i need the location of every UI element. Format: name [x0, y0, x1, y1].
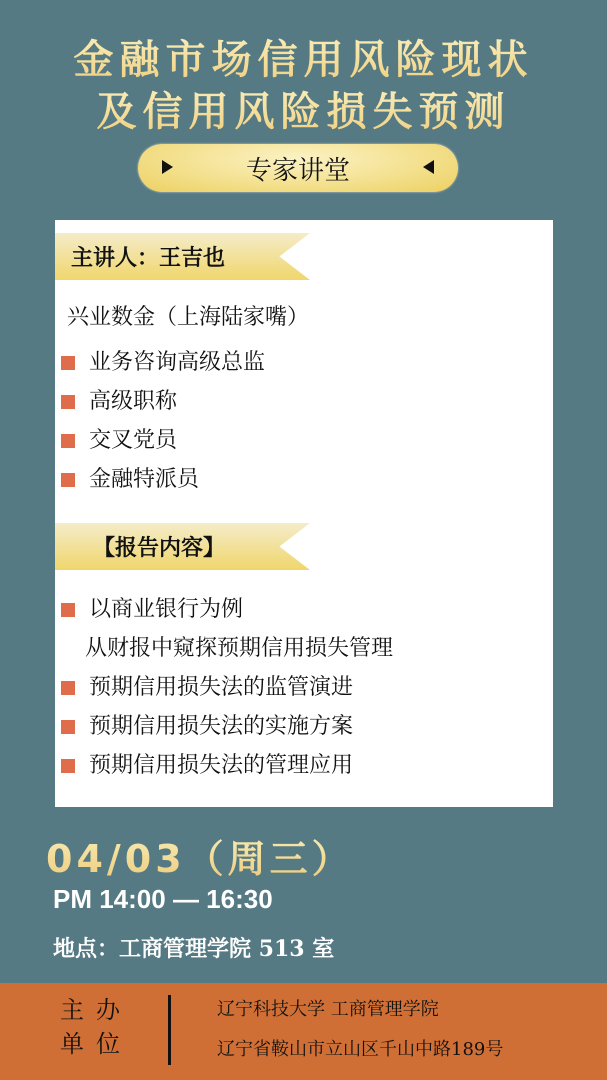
speaker-ribbon: 主讲人：王吉也: [55, 233, 310, 280]
bullet-square-icon: [61, 603, 75, 617]
info-card: 主讲人：王吉也 兴业数金（上海陆家嘴） 业务咨询高级总监 高级职称 交叉党员 金…: [55, 220, 553, 807]
bullet-square-icon: [61, 681, 75, 695]
host-label: 主办 单位: [60, 993, 132, 1061]
organizer-name: 辽宁科技大学 工商管理学院: [217, 995, 439, 1021]
event-time: PM 14:00 — 16:30: [53, 884, 273, 915]
list-item-text: 预期信用损失法的监管演进: [89, 675, 353, 700]
list-item: 高级职称: [61, 387, 265, 426]
triangle-right-icon: [162, 160, 173, 174]
bullet-square-icon: [61, 434, 75, 448]
list-item: 预期信用损失法的管理应用: [61, 751, 393, 790]
list-item-text: 高级职称: [89, 389, 177, 414]
poster-title-line1: 金融市场信用风险现状: [0, 28, 607, 85]
event-date: 04/03（周三）: [46, 828, 354, 883]
speaker-heading: 主讲人：王吉也: [71, 241, 225, 272]
list-item-text: 业务咨询高级总监: [89, 350, 265, 375]
report-heading: 【报告内容】: [93, 531, 225, 562]
organizer-address: 辽宁省鞍山市立山区千山中路189号: [217, 1035, 503, 1061]
poster-title-line2: 及信用风险损失预测: [0, 80, 607, 137]
list-item-text: 交叉党员: [89, 428, 177, 453]
report-ribbon: 【报告内容】: [55, 523, 310, 570]
list-item: 交叉党员: [61, 426, 265, 465]
footer-organizer-bar: 主办 单位 辽宁科技大学 工商管理学院 辽宁省鞍山市立山区千山中路189号: [0, 983, 607, 1080]
list-item-text: 预期信用损失法的实施方案: [89, 714, 353, 739]
list-item-continuation: 从财报中窥探预期信用损失管理: [61, 634, 393, 673]
event-venue: 地点：工商管理学院 513 室: [53, 932, 334, 963]
bullet-square-icon: [61, 473, 75, 487]
list-item: 业务咨询高级总监: [61, 348, 265, 387]
bullet-square-icon: [61, 356, 75, 370]
list-item: 预期信用损失法的实施方案: [61, 712, 393, 751]
speaker-organization: 兴业数金（上海陆家嘴）: [67, 300, 309, 331]
speaker-titles-list: 业务咨询高级总监 高级职称 交叉党员 金融特派员: [61, 348, 265, 504]
triangle-left-icon: [423, 160, 434, 174]
badge-label: 专家讲堂: [246, 150, 350, 187]
host-label-line1: 主办: [60, 993, 132, 1027]
expert-lecture-badge: 专家讲堂: [138, 144, 458, 192]
divider: [168, 995, 171, 1065]
list-item-text: 以商业银行为例: [89, 597, 243, 622]
list-item-text: 金融特派员: [89, 467, 199, 492]
list-item-text: 从财报中窥探预期信用损失管理: [85, 636, 393, 661]
list-item: 以商业银行为例: [61, 595, 393, 634]
bullet-square-icon: [61, 759, 75, 773]
list-item: 金融特派员: [61, 465, 265, 504]
bullet-square-icon: [61, 395, 75, 409]
host-label-line2: 单位: [60, 1027, 132, 1061]
bullet-square-icon: [61, 720, 75, 734]
list-item: 预期信用损失法的监管演进: [61, 673, 393, 712]
report-topics-list: 以商业银行为例 从财报中窥探预期信用损失管理 预期信用损失法的监管演进 预期信用…: [61, 595, 393, 790]
list-item-text: 预期信用损失法的管理应用: [89, 753, 353, 778]
